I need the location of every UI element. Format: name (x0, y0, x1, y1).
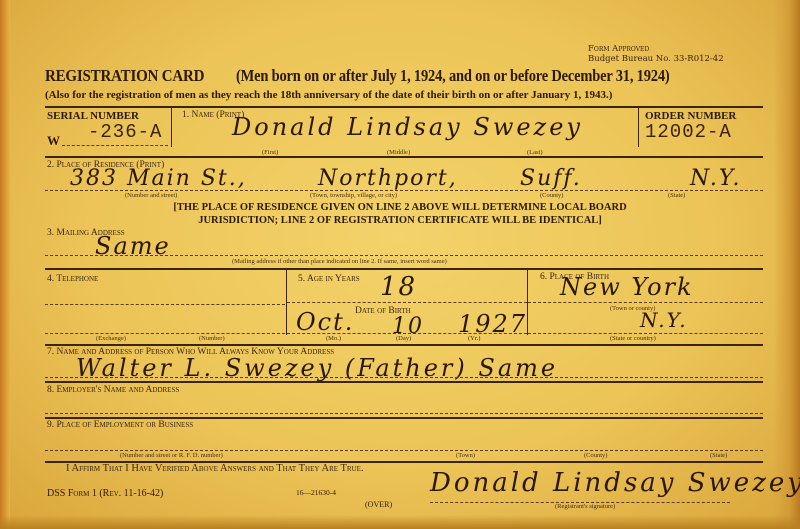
registrant-signature[interactable]: Donald Lindsay Swezey (430, 468, 800, 498)
divider (638, 107, 639, 147)
card-subtitle: (Also for the registration of men as the… (45, 89, 612, 101)
name-value[interactable]: Donald Lindsay Swezey (232, 113, 583, 141)
residence-notice-line2: JURISDICTION; LINE 2 OF REGISTRATION CER… (90, 215, 710, 226)
name-sub-last: (Last) (527, 149, 543, 156)
employer-field[interactable] (47, 398, 762, 412)
form-approved-label: Form Approved (588, 44, 649, 54)
birthplace-town[interactable]: New York (560, 273, 694, 301)
age-underline (287, 302, 527, 303)
birthplace-underline (528, 333, 763, 334)
birthplace-sub-state: (State or country) (610, 335, 656, 342)
over-label: (OVER) (365, 500, 392, 509)
employment-sub-town: (Town) (456, 452, 475, 459)
divider (171, 107, 172, 147)
age-label: 5. Age in Years (298, 274, 360, 284)
telephone-line (45, 304, 285, 305)
budget-bureau-number: Budget Bureau No. 33-R012-42 (588, 54, 724, 64)
card-title: REGISTRATION CARD (45, 67, 204, 87)
employer-label: 8. Employer's Name and Address (47, 385, 179, 395)
employment-sub-state: (State) (710, 452, 727, 459)
residence-county[interactable]: Suff. (520, 166, 582, 191)
employment-place-field[interactable] (47, 434, 762, 448)
affirmation-text: I Affirm That I Have Verified Above Answ… (66, 463, 364, 474)
dob-underline (287, 333, 527, 334)
row-rule (45, 381, 763, 383)
employer-underline (45, 413, 763, 414)
contact-underline (45, 377, 763, 378)
form-id: DSS Form 1 (Rev. 11-16-42) (47, 488, 163, 499)
serial-number-prefix: W (47, 133, 60, 149)
row-rule (45, 417, 763, 419)
serial-number-value[interactable]: -236-A (88, 121, 162, 143)
residence-town[interactable]: Northport, (318, 166, 458, 191)
birthplace-state[interactable]: N.Y. (640, 308, 688, 332)
dob-month[interactable]: Oct. (296, 308, 354, 336)
row-rule (45, 268, 763, 270)
telephone-sub-number: (Number) (199, 335, 225, 342)
residence-underline (45, 190, 763, 191)
card-edge-bottom (0, 515, 800, 529)
dob-sub-month: (Mo.) (326, 335, 341, 342)
birthplace-underline (528, 302, 763, 303)
print-code: 16—21630-4 (296, 488, 336, 497)
telephone-exchange-field[interactable] (47, 290, 282, 304)
card-title-qualifier: (Men born on or after July 1, 1924, and … (236, 67, 670, 87)
registration-card: Form Approved Budget Bureau No. 33-R012-… (0, 0, 800, 529)
signature-label: (Registrant's signature) (555, 503, 615, 510)
order-number-value[interactable]: 12002-A (645, 121, 732, 143)
mailing-address-sub: (Mailing address if other than place ind… (232, 258, 447, 265)
employment-place-label: 9. Place of Employment or Business (47, 420, 193, 430)
header-rule (45, 106, 763, 108)
employment-sub-county: (County) (584, 452, 607, 459)
telephone-line (45, 333, 285, 334)
dob-sub-day: (Day) (396, 335, 411, 342)
telephone-label: 4. Telephone (47, 274, 98, 284)
card-edge-right (774, 0, 800, 529)
serial-underline (62, 145, 168, 146)
telephone-sub-exchange: (Exchange) (96, 335, 126, 342)
age-value[interactable]: 18 (380, 272, 417, 302)
name-sub-first: (First) (262, 149, 278, 156)
residence-sub-town: (Town, township, village, or city) (310, 192, 397, 199)
row-rule (45, 156, 763, 158)
residence-sub-street: (Number and street) (125, 192, 177, 199)
residence-street[interactable]: 383 Main St., (70, 166, 247, 191)
card-edge-left (0, 0, 10, 529)
name-sub-middle: (Middle) (387, 149, 410, 156)
residence-sub-state: (State) (668, 192, 685, 199)
mailing-underline (45, 255, 763, 256)
residence-sub-county: (County) (540, 192, 563, 199)
residence-state[interactable]: N.Y. (690, 166, 742, 191)
dob-sub-year: (Yr.) (468, 335, 480, 342)
employment-underline (45, 450, 763, 451)
row-rule (45, 344, 763, 346)
employment-sub-street: (Number and street or R. F. D. number) (120, 452, 223, 459)
residence-notice-line1: [THE PLACE OF RESIDENCE GIVEN ON LINE 2 … (90, 202, 710, 213)
